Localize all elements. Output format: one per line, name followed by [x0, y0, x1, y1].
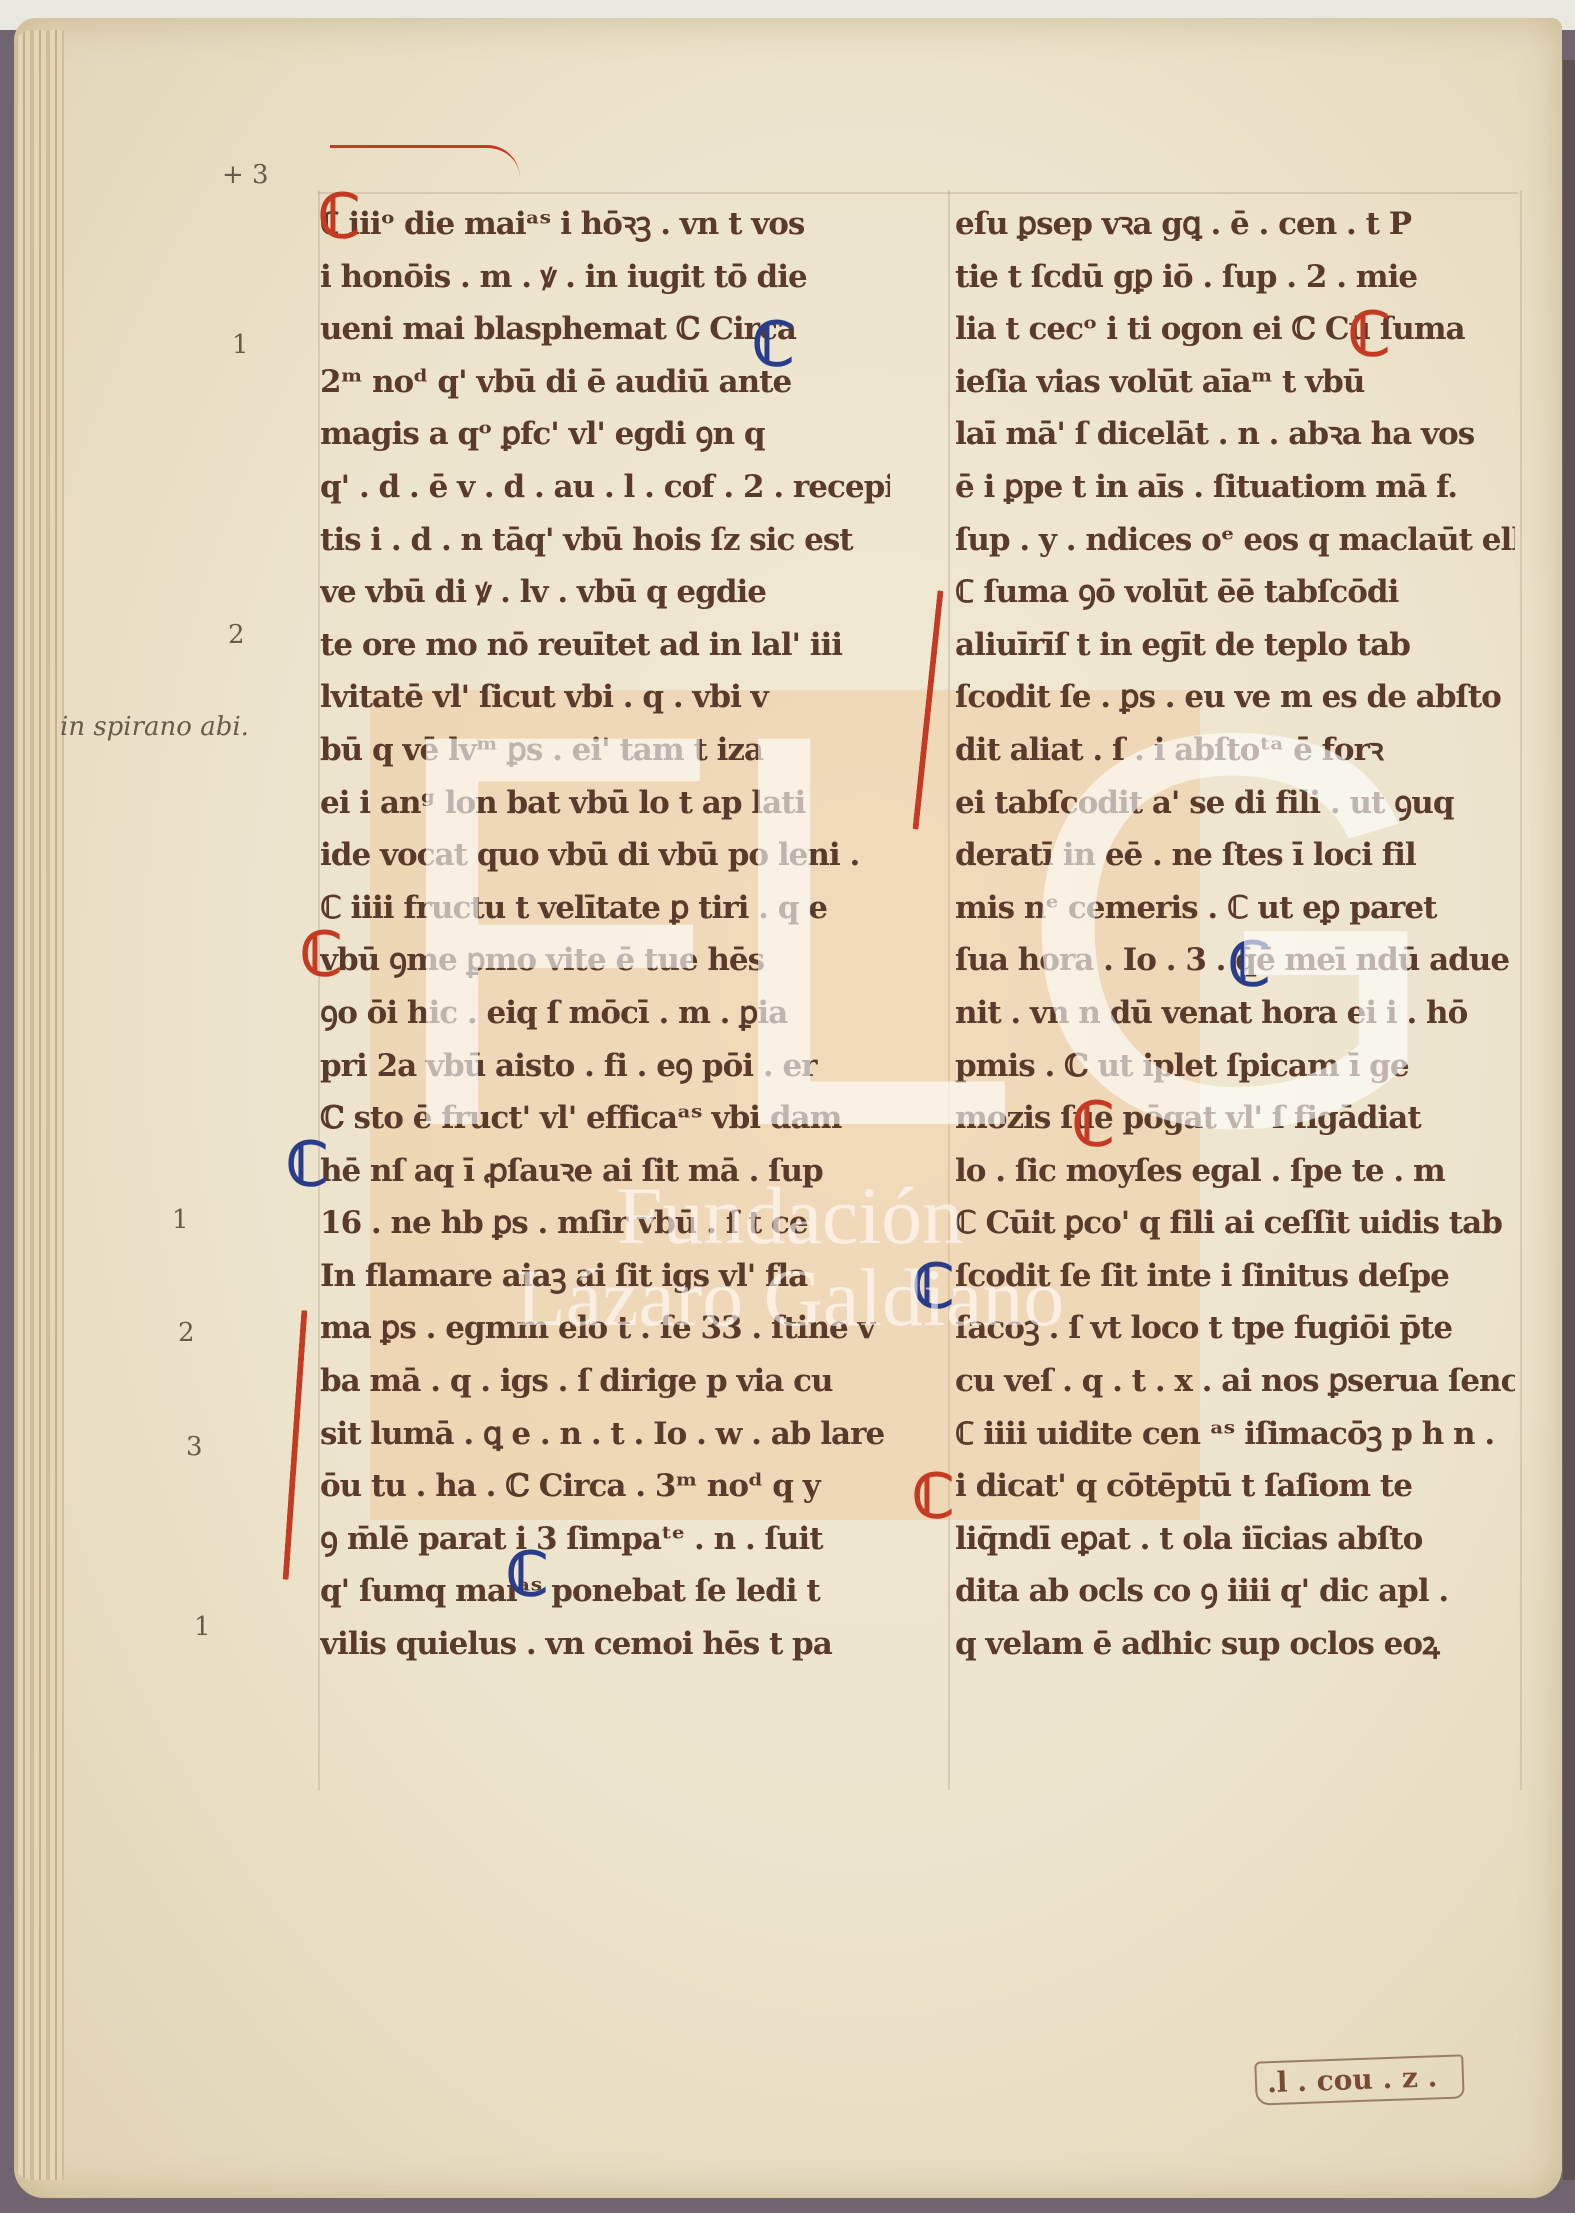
watermark-line-2: Lázaro Galdiano: [440, 1257, 1140, 1339]
blue-initial-paraph: ℂ: [286, 1130, 328, 1200]
text-line: ꝯ m̄lē parat i 3 ſimpaᵗᵉ . n . ſuit: [320, 1513, 890, 1566]
margin-numeral: 1: [172, 1205, 189, 1235]
watermark-line-1: Fundación: [440, 1175, 1140, 1257]
text-line: ℂ iiii uidite cen ᵃˢ iſimacōꝫ p h n .: [955, 1408, 1515, 1461]
text-line: eſu ꝑsep vꝛa gꝗ . ē . cen . t P: [955, 198, 1515, 251]
text-line: ieſia vias volūt aīaᵐ t vbū: [955, 356, 1515, 409]
page-right-edge: [1563, 60, 1575, 2180]
ruling-line-right: [1520, 190, 1522, 1790]
text-line: laī mā' ſ dicelāt . n . abꝛa ha vos: [955, 408, 1515, 461]
margin-numeral: 2: [178, 1318, 195, 1348]
text-line: dita ab ocls co ꝯ iiii q' dic apl .: [955, 1565, 1515, 1618]
text-line: i honōis . m . ꝟ . in iugit tō die: [320, 251, 890, 304]
text-line: lia t cecᵒ i ti ogon ei ℂ Cū ſuma: [955, 303, 1515, 356]
text-line: q' . d . ē v . d . au . l . cof . 2 . re…: [320, 461, 890, 514]
binding-gutter: [14, 30, 64, 2180]
catchword: .l . cou . z .: [1254, 2054, 1464, 2105]
watermark-letters: FLG: [380, 650, 1280, 1210]
text-line: i dicat' q cōtēptū t ſaſiom te: [955, 1460, 1515, 1513]
watermark-text: Fundación Lázaro Galdiano: [440, 1175, 1140, 1339]
text-line: q velam ē adhic sup oclos eoꝝ: [955, 1618, 1515, 1671]
text-line: ſup . y . ndices oᵉ eos q maclaūt ellū: [955, 514, 1515, 567]
text-line: sit lumā . ꝗ e . n . t . Io . w . ab lar…: [320, 1408, 890, 1461]
margin-note-top: + 3: [222, 160, 269, 190]
text-line: ℂ iiiᵒ die maiᵃˢ i hōꝛꝫ . vn t vos: [320, 198, 890, 251]
text-line: ba mā . q . igs . ſ dirige p via cu: [320, 1355, 890, 1408]
text-line: ueni mai blasphemat ℂ Circa: [320, 303, 890, 356]
blue-initial-paraph: ℂ: [752, 310, 794, 380]
margin-numeral: 3: [186, 1432, 203, 1462]
margin-numeral: 1: [194, 1612, 211, 1642]
margin-numeral: 1: [232, 330, 249, 360]
text-line: tis i . d . n tāq' vbū hois ſz sic est: [320, 514, 890, 567]
text-line: ōu tu . ha . ℂ Circa . 3ᵐ noᵈ q y: [320, 1460, 890, 1513]
red-initial-paraph: ℂ: [912, 1462, 954, 1532]
blue-initial-paraph: ℂ: [506, 1540, 548, 1610]
text-line: magis a qᵒ ꝑfc' vl' egdi ꝯn q: [320, 408, 890, 461]
margin-gloss: in spirano abi.: [60, 712, 249, 742]
ruling-line-top: [318, 192, 1518, 194]
margin-numeral: 2: [228, 620, 245, 650]
text-line: tie t ſcdū gꝑ iō . ſup . 2 . mie: [955, 251, 1515, 304]
text-line: vilis quielus . vn cemoi hēs t pa: [320, 1618, 890, 1671]
red-initial-flourish: [330, 145, 520, 178]
text-line: cu veſ . q . t . x . ai nos ꝑserua ſenc …: [955, 1355, 1515, 1408]
text-line: ve vbū di ꝟ . lv . vbū q egdie: [320, 566, 890, 619]
text-line: q' ſumq maiᵃˢ ponebat ſe ledi t: [320, 1565, 890, 1618]
red-initial-paraph: ℂ: [1348, 300, 1390, 370]
text-line: ē i ꝑpe t in aīs . ſituatiom mā f.: [955, 461, 1515, 514]
text-line: 2ᵐ noᵈ q' vbū di ē audiū ante: [320, 356, 890, 409]
red-initial-paraph: ℂ: [318, 182, 360, 252]
red-initial-paraph: ℂ: [300, 920, 342, 990]
text-line: liq̄ndī eꝑat . t ola iīcias abſto: [955, 1513, 1515, 1566]
text-line: ℂ ſuma ꝯō volūt ēē tabſcōdi: [955, 566, 1515, 619]
